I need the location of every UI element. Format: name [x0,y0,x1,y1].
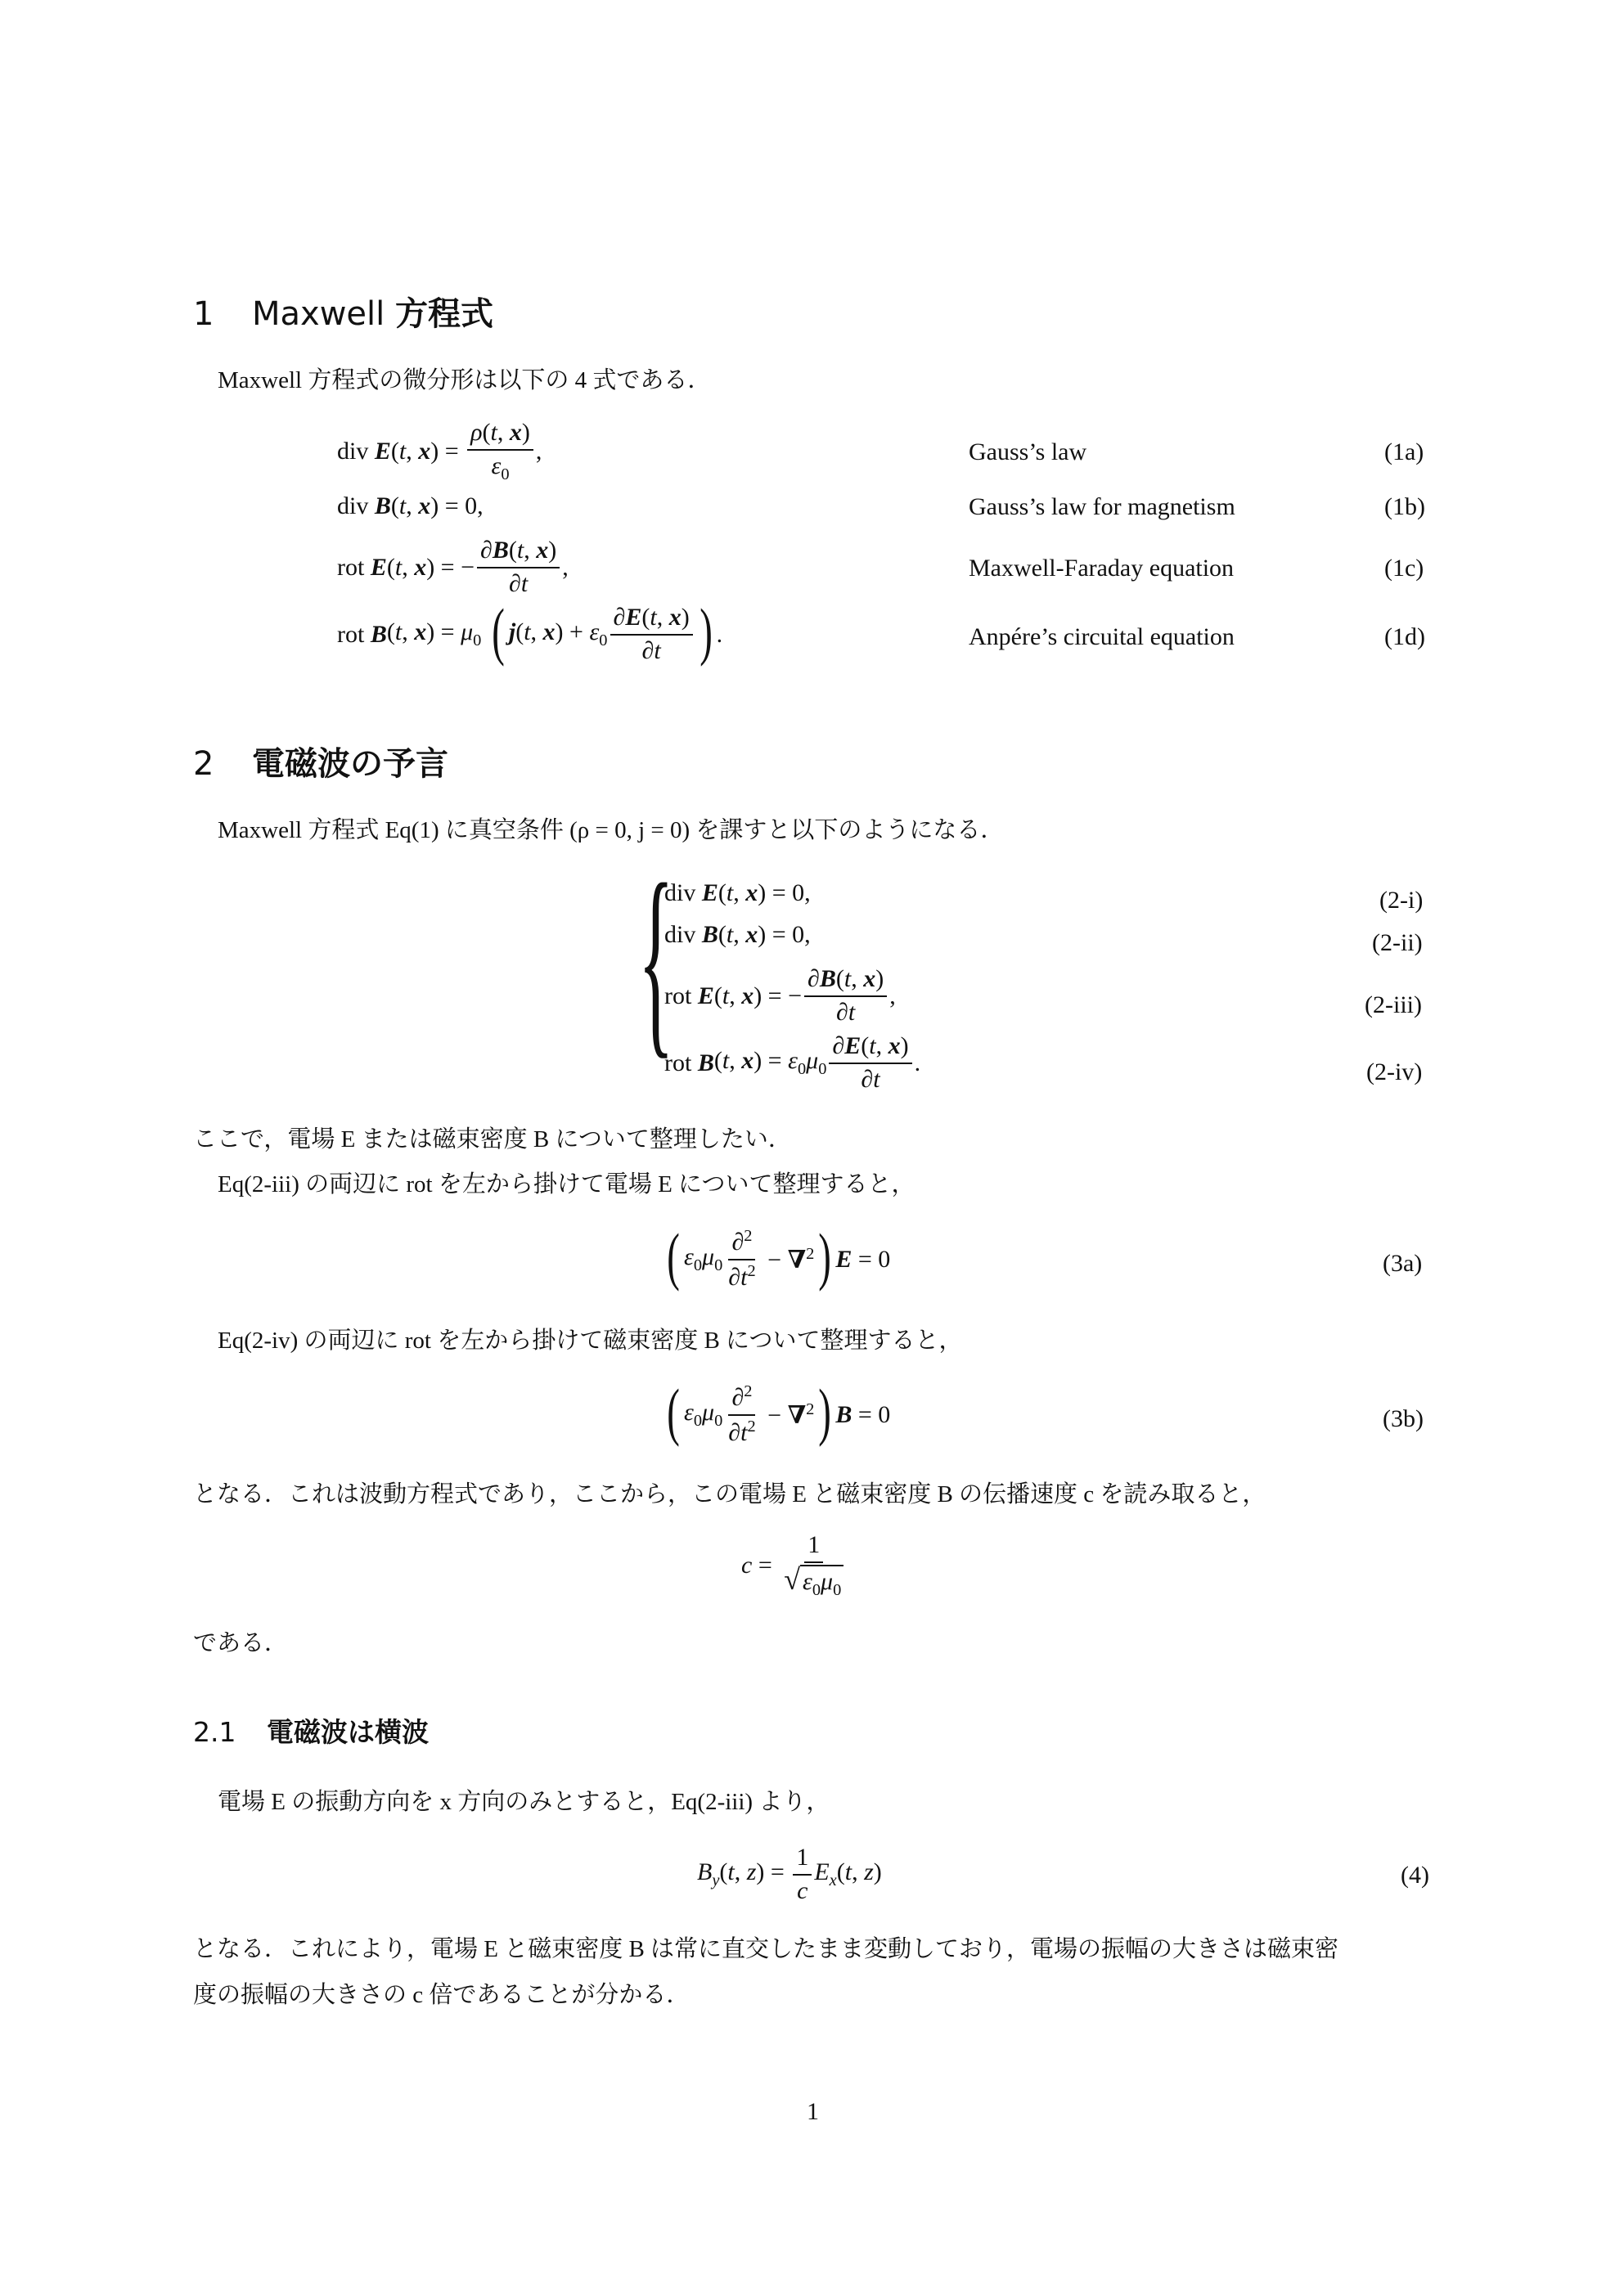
fraction: 1 c [793,1844,812,1905]
equation-1d: rot B(t, x) = μ0 ( j(t, x) + ε0 ∂E(t, x)… [337,604,722,665]
equation-label: Gauss’s law for magnetism [969,493,1235,521]
paragraph: Eq(2-iv) の両辺に rot を左から掛けて磁束密度 B について整理する… [218,1320,962,1361]
paragraph: Eq(2-iii) の両辺に rot を左から掛けて電場 E について整理すると… [218,1164,915,1205]
section-1-heading: 1Maxwell 方程式 [193,288,493,335]
section-2-intro: Maxwell 方程式 Eq(1) に真空条件 (ρ = 0, j = 0) を… [218,810,1004,851]
subsection-number: 2.1 [193,1716,267,1748]
equation-2-i: div E(t, x) = 0, [664,879,811,907]
section-title-jp: 電磁波の予言 [252,745,448,783]
paragraph: ここで，電場 E または磁束密度 B について整理したい． [193,1119,792,1160]
equation-tag: (1d) [1384,623,1425,651]
equation-tag: (1a) [1384,438,1424,466]
fraction: ∂2 ∂t2 [725,1382,758,1447]
equation-2-iii: rot E(t, x) = − ∂B(t, x) ∂t , [664,965,896,1027]
section-title-jp: 方程式 [395,295,493,333]
section-title-latin: Maxwell [252,295,385,333]
fraction: ∂E(t, x) ∂t [829,1032,911,1094]
page-number: 1 [807,2098,819,2126]
paragraph: 度の振幅の大きさの c 倍であることが分かる． [193,1975,690,2015]
equation-tag: (1b) [1384,493,1425,521]
fraction: ρ(t, x) ε0 [467,419,533,484]
equation-3a: ( ε0μ0 ∂2 ∂t2 − ∇2 ) E = 0 [663,1227,890,1292]
equation-tag: (3b) [1383,1405,1424,1433]
subsection-title-jp: 電磁波は横波 [267,1716,429,1748]
section-1-intro: Maxwell 方程式の微分形は以下の 4 式である． [218,360,711,401]
equation-tag: (2-ii) [1372,929,1423,957]
section-2-heading: 2電磁波の予言 [193,738,448,784]
equation-3b: ( ε0μ0 ∂2 ∂t2 − ∇2 ) B = 0 [663,1382,890,1447]
equation-1b: div B(t, x) = 0, [337,492,484,520]
section-number: 1 [193,295,252,333]
equation-tag: (2-iii) [1365,991,1422,1019]
fraction: ∂B(t, x) ∂t [477,537,560,598]
equation-tag: (3a) [1383,1250,1422,1278]
equation-tag: (1c) [1384,555,1424,582]
equation-label: Gauss’s law [969,438,1086,466]
equation-label: Anpére’s circuital equation [969,623,1235,651]
equation-tag: (2-i) [1379,887,1423,914]
equation-tag: (2-iv) [1366,1058,1422,1086]
fraction: ∂2 ∂t2 [725,1227,758,1292]
section-number: 2 [193,745,252,783]
paragraph: 電場 E の振動方向を x 方向のみとすると，Eq(2-iii) より， [218,1782,830,1822]
equation-4: By(t, z) = 1 c Ex(t, z) [697,1844,882,1905]
fraction: ∂B(t, x) ∂t [804,965,887,1027]
sqrt: √ε0μ0 [784,1565,843,1600]
equation-label: Maxwell-Faraday equation [969,555,1234,582]
paragraph: となる．これにより，電場 E と磁束密度 B は常に直交したまま変動しており，電… [193,1929,1338,1970]
paragraph: となる．これは波動方程式であり，ここから，この電場 E と磁束密度 B の伝播速… [193,1474,1266,1515]
subsection-2-1-heading: 2.1電磁波は横波 [193,1711,429,1750]
fraction: ∂E(t, x) ∂t [610,604,693,665]
fraction: 1 √ε0μ0 [781,1531,847,1600]
equation-speed-of-light: c = 1 √ε0μ0 [741,1531,849,1600]
equation-1c: rot E(t, x) = − ∂B(t, x) ∂t , [337,537,569,598]
paragraph: である． [193,1623,288,1664]
equation-2-ii: div B(t, x) = 0, [664,921,811,949]
equation-1a: div E(t, x) = ρ(t, x) ε0 , [337,419,542,484]
equation-2-iv: rot B(t, x) = ε0μ0 ∂E(t, x) ∂t . [664,1032,920,1094]
equation-tag: (4) [1401,1862,1429,1889]
